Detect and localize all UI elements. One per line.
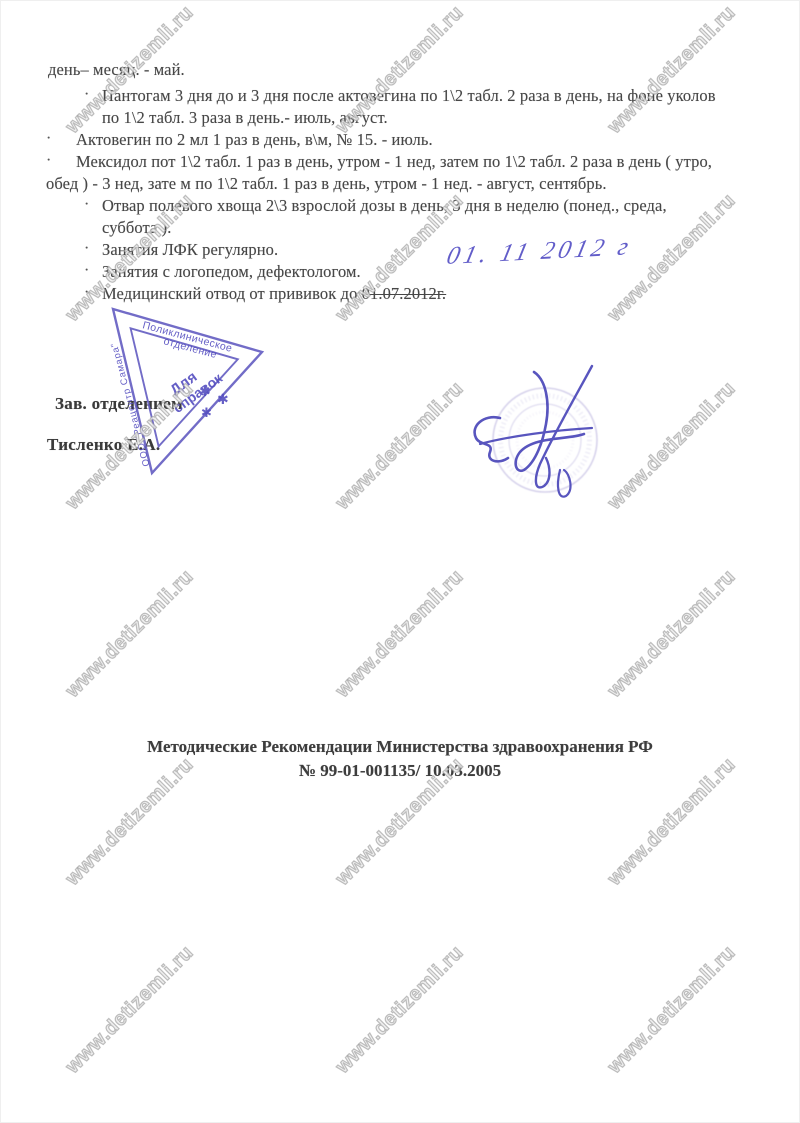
struck-date: 01.07.2012г. [362,284,446,303]
bullet-marker: · [46,130,51,148]
site-watermark: www.detizemli.ru [604,2,741,139]
stamp-asterisk: ✱ [201,405,212,420]
stamp-asterisk: ✱ [199,383,211,399]
document-line: по 1\2 табл. 3 раза в день.- июль, авгус… [102,108,388,128]
site-watermark: www.detizemli.ru [62,942,199,1079]
svg-text:ООО "Реацентр Самара": ООО "Реацентр Самара" [109,341,153,467]
document-line: ·Актовегин по 2 мл 1 раз в день, в\м, № … [76,130,433,150]
document-line: ·Занятия с логопедом, дефектологом. [102,262,361,282]
site-watermark: www.detizemli.ru [332,378,469,515]
bullet-marker: · [84,86,89,104]
document-line: ·Мексидол пот 1\2 табл. 1 раз в день, ут… [76,152,712,172]
scanned-document-page: день– месяц. - май.·Пантогам 3 дня до и … [0,0,800,1123]
document-line: ·Занятия ЛФК регулярно. [102,240,278,260]
footer-title-line2: № 99-01-001135/ 10.03.2005 [0,759,800,783]
bullet-marker: · [84,262,89,280]
site-watermark: www.detizemli.ru [62,566,199,703]
handwritten-date: 01. 11 2012 г [444,233,635,271]
triangle-stamp-left-text: ООО "Реацентр Самара" [109,341,153,467]
stamp-asterisk: ✱ [217,391,229,407]
bullet-marker: · [84,196,89,214]
document-line: день– месяц. - май. [48,60,185,80]
document-line: суббота ). [102,218,171,238]
bullet-marker: · [84,240,89,258]
footer-reference-title: Методические Рекомендации Министерства з… [0,735,800,783]
document-line: ·Отвар полевого хвоща 2\3 взрослой дозы … [102,196,667,216]
site-watermark: www.detizemli.ru [604,942,741,1079]
bullet-marker: · [84,284,89,302]
site-watermark: www.detizemli.ru [332,942,469,1079]
site-watermark: www.detizemli.ru [332,566,469,703]
triangle-stamp: Поликлиническое отделение ООО "Реацентр … [95,295,280,490]
site-watermark: www.detizemli.ru [604,566,741,703]
document-line: ·Пантогам 3 дня до и 3 дня после актовег… [102,86,716,106]
document-line: обед ) - 3 нед, зате м по 1\2 табл. 1 ра… [46,174,607,194]
signature-scribble [465,358,655,528]
bullet-marker: · [46,152,51,170]
footer-title-line1: Методические Рекомендации Министерства з… [0,735,800,759]
